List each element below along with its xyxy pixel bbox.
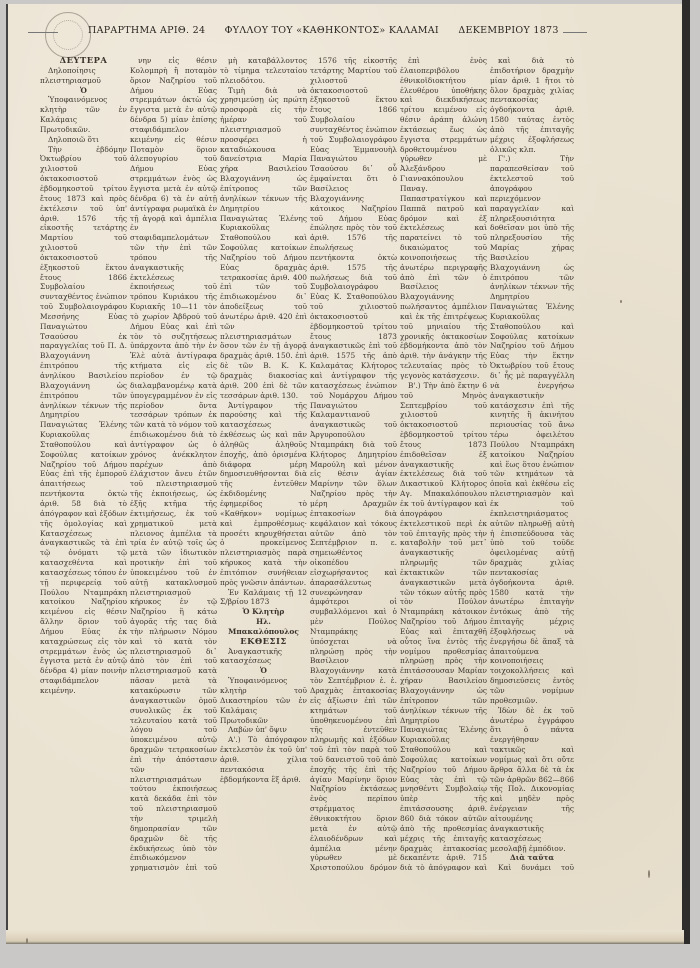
paragraph: Ὑποφαινόμενος κλητὴρ τῶν ἐν Καλάμαις Πρω… [40,95,127,134]
binding-edge [682,0,690,960]
paragraph: Τιμὴ διὰ νὰ χρησιμεύσῃ ὡς πρώτη προσφορὰ… [220,86,307,401]
paragraph: καὶ διὰ τὸ ἐπιδοτήριον δραχμὴν μίαν ἀριθ… [490,56,574,154]
column-2: νην εἰς θέσιν Κολομπρὴ ἢ ποταμὸν ὅριον Ν… [130,56,217,871]
column-1: ΔΕΥΤΕΡΑΔηλοποίησις πλειστηριασμοῦὉὙποφαι… [40,56,127,871]
paragraph: Καὶ δυνάμει τοῦ ἄρθρου 957 καὶ ἑπομένα τ… [490,863,574,871]
column-6: καὶ διὰ τὸ ἐπιδοτήριον δραχμὴν μίαν ἀριθ… [490,56,574,871]
paper-blemish [26,938,28,944]
text-columns: ΔΕΥΤΕΡΑΔηλοποίησις πλειστηριασμοῦὉὙποφαι… [40,56,580,871]
sheet-title: ΦΥΛΛΟΥ ΤΟΥ «ΚΑΘΗΚΟΝΤΟΣ» ΚΑΛΑΜΑΙ [225,25,439,36]
paper-blemish [620,300,622,303]
paragraph: Δηλοποιῶ ὅτι [40,135,127,145]
supplement-number: ΠΑΡΑΡΤΗΜΑ ΑΡΙΘ. 24 [88,25,205,36]
centered-line: Διὰ ταῦτα [490,853,574,863]
paragraph: Β'.) Τὴν ἀπὸ ἕκτην 6 τοῦ Μηνὸς Σεπτεμβρί… [400,381,487,871]
paragraph: 1576 τῆς εἰκοστῆς τετάρτης Μαρτίου τοῦ χ… [310,56,397,871]
paragraph: Ἀναγκαστικῆς κατασχέσεως [220,647,307,667]
issue-date: ΔΕΚΕΜΒΡΙΟΥ 1873 [458,25,558,36]
paragraph: μὴ καταβάλλοντος τὸ τίμημα τελευταίου πλ… [220,56,307,86]
paragraph: Ἰδὼν δὲ ἐκ τοῦ ἀνωτέρω ἐγγράφου ὅτι ὁ πά… [490,706,574,854]
paragraph: Λαβὼν ὑπ' ὄψιν [220,725,307,735]
scan-background [6,944,690,968]
masthead: ΠΑΡΑΡΤΗΜΑ ΑΡΙΘ. 24 ΦΥΛΛΟΥ ΤΟΥ «ΚΑΘΗΚΟΝΤΟ… [88,25,548,36]
paragraph: Τὴν ἑβδόμην Ὀκτωβρίου τοῦ χιλιοστοῦ ὀκτα… [40,145,127,696]
paragraph: Ὑποφαινόμενος κλητὴρ τοῦ Δικαστηρίου τῶν… [220,676,307,725]
paragraph: ἐπὶ ἑνὸς ἐλαιοπεριβόλου ἐθνικοϊδιοκτήτου… [400,56,487,381]
paragraph: Ἀντίγραφον τῆς παρούσης καὶ τῆς κατασχέσ… [220,401,307,588]
centered-line: Ηλ. Μπακαλόπουλος [220,617,307,637]
centered-line: Ὁ [220,666,307,676]
paper-blemish [648,870,650,878]
paragraph: Ἐν Καλάμαις τῇ 12 Σ/βρίου 1873 [220,588,307,608]
header-rule-right [563,32,587,33]
column-5: ἐπὶ ἑνὸς ἐλαιοπεριβόλου ἐθνικοϊδιοκτήτου… [400,56,487,871]
paragraph: Γ'.) Τὴν παραπεσθείσαν τοῦ ἐκτελεστοῦ το… [490,154,574,705]
library-stamp-icon [45,12,91,58]
paragraph: Α'.) Τὸ ἀπόγραφον ἐκτελεστὸν ἐκ τοῦ ὑπ' … [220,735,307,784]
column-3: μὴ καταβάλλοντος τὸ τίμημα τελευταίου πλ… [220,56,307,871]
section-heading: ΕΚΘΕΣΙΣ [220,637,307,647]
column-4: 1576 τῆς εἰκοστῆς τετάρτης Μαρτίου τοῦ χ… [310,56,397,871]
paragraph: Δηλοποίησις πλειστηριασμοῦ [40,66,127,86]
section-heading: ΔΕΥΤΕΡΑ [40,56,127,66]
header-rule-left [28,32,58,33]
centered-line: Ὁ [40,86,127,96]
centered-line: Ὁ Κλητὴρ [220,607,307,617]
paragraph: νην εἰς θέσιν Κολομπρὴ ἢ ποταμὸν ὅριον Ν… [130,56,217,871]
